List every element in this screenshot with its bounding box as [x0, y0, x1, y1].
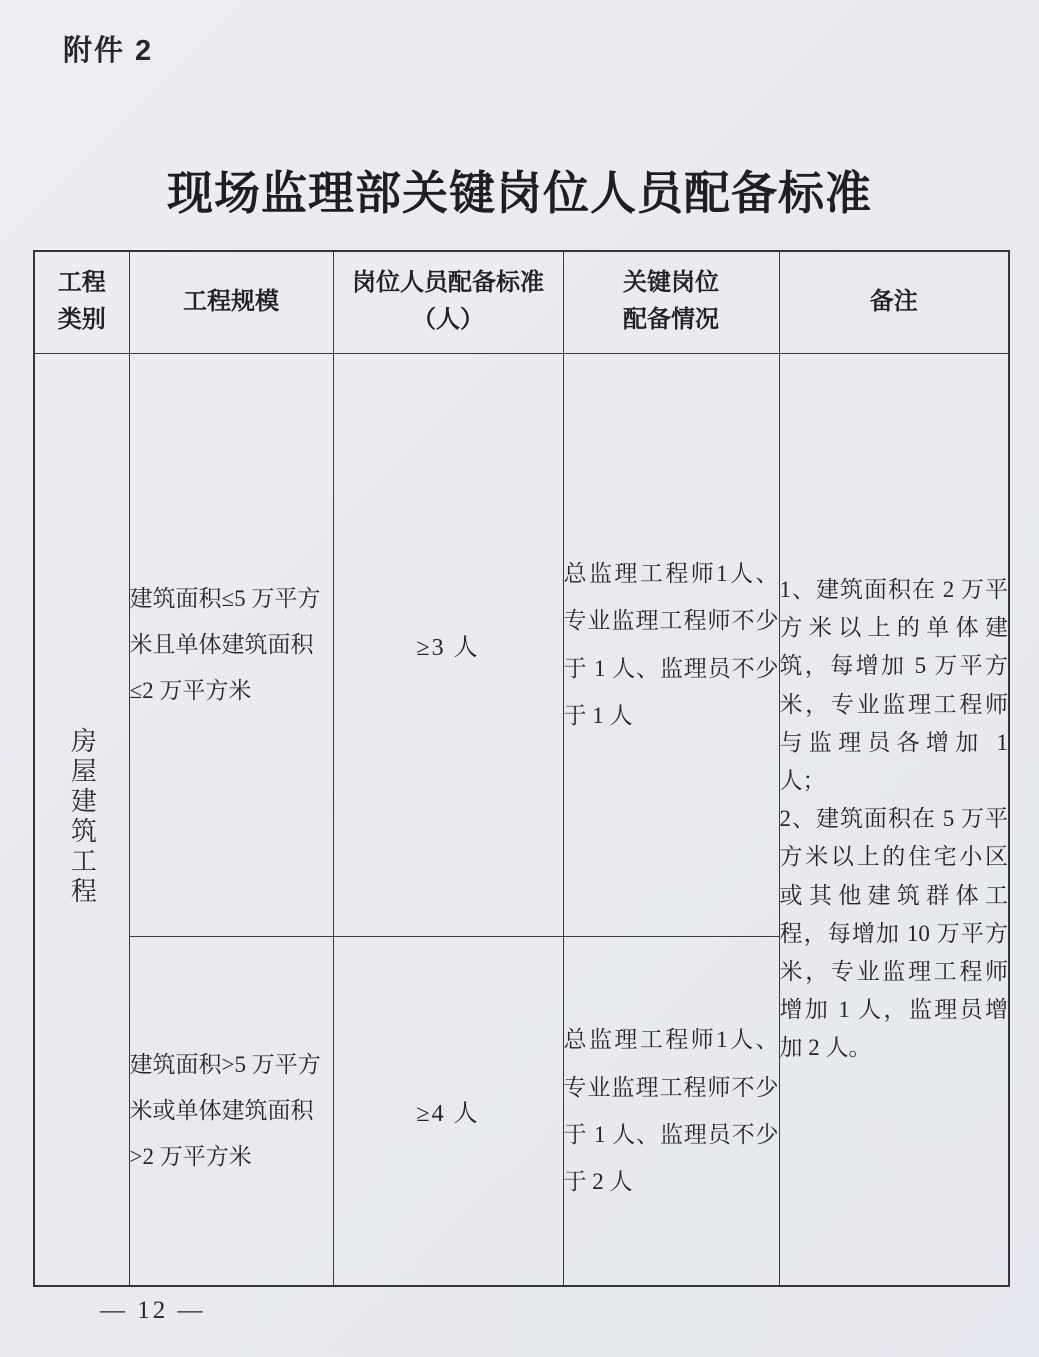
page-number: — 12 — [100, 1297, 206, 1325]
header-project-category: 工程 类别 [34, 251, 129, 353]
cell-remarks: 1、建筑面积在 2 万平方米以上的单体建筑，每增加 5 万平方米，专业监理工程师… [779, 353, 1009, 1286]
cell-key-positions-row1: 总监理工程师1人、专业监理工程师不少于 1 人、监理员不少于 1 人 [563, 353, 779, 936]
cell-standard-row1: ≥3 人 [333, 353, 563, 936]
table-row: 房屋建筑工程 建筑面积≤5 万平方米且单体建筑面积≤2 万平方米 ≥3 人 总监… [34, 353, 1009, 936]
table-header-row: 工程 类别 工程规模 岗位人员配备标准 （人） 关键岗位 配备情况 备注 [34, 251, 1009, 353]
cell-standard-row2: ≥4 人 [333, 936, 563, 1286]
cell-scale-row2: 建筑面积>5 万平方米或单体建筑面积>2 万平方米 [129, 936, 333, 1286]
cell-key-positions-row2: 总监理工程师1人、专业监理工程师不少于 1 人、监理员不少于 2 人 [563, 936, 779, 1286]
cell-scale-row1: 建筑面积≤5 万平方米且单体建筑面积≤2 万平方米 [129, 353, 333, 936]
header-project-scale: 工程规模 [129, 251, 333, 353]
header-staffing-standard: 岗位人员配备标准 （人） [333, 251, 563, 353]
page-title: 现场监理部关键岗位人员配备标准 [0, 157, 1039, 223]
cell-project-category: 房屋建筑工程 [34, 353, 129, 1286]
header-remarks: 备注 [779, 251, 1009, 353]
header-key-positions: 关键岗位 配备情况 [563, 251, 779, 353]
attachment-label: 附件 2 [63, 28, 153, 69]
project-category-label: 房屋建筑工程 [66, 727, 97, 907]
staffing-table: 工程 类别 工程规模 岗位人员配备标准 （人） 关键岗位 配备情况 备注 房屋建… [33, 250, 1010, 1287]
